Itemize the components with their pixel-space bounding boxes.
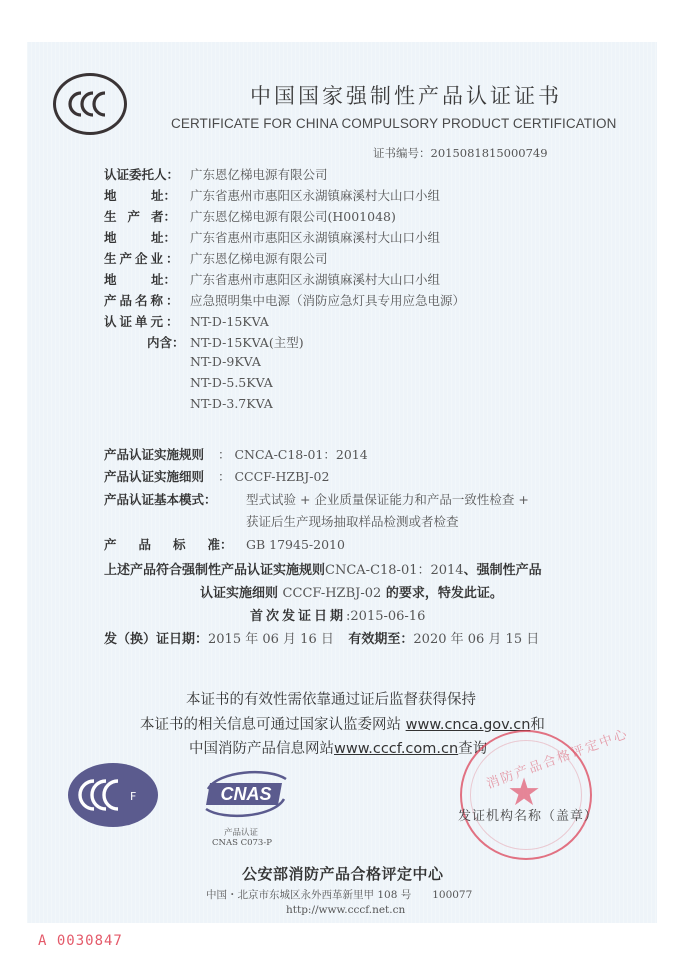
field-mode: 产品认证基本模式：型式试验 + 企业质量保证能力和产品一致性检查 +	[104, 490, 529, 508]
organization-address: 中国・北京市东城区永外西革新里甲 108 号 100077	[206, 887, 472, 902]
serial-number: A 0030847	[38, 933, 123, 949]
certificate-number: 证书编号：2015081815000749	[373, 145, 548, 161]
field-manufacturer-address: 地址：广东省惠州市惠阳区永湖镇麻溪村大山口小组	[104, 228, 440, 246]
field-label: 者：	[151, 207, 176, 225]
field-label: 准	[207, 535, 220, 553]
field-value: 广东恩亿梯电源有限公司	[190, 167, 328, 182]
field-mode-line2: 获证后生产现场抽取样品检测或者检查	[246, 512, 459, 530]
field-value: 型式试验 + 企业质量保证能力和产品一致性检查 +	[246, 492, 529, 507]
field-label: 产品认证基本模式：	[104, 490, 246, 508]
cnas-code: CNAS C073-P	[212, 838, 272, 848]
ccc-mark-icon	[67, 89, 113, 119]
field-label: 生	[104, 207, 117, 225]
field-label: 址：	[151, 228, 176, 246]
valid-until-label: 有效期至：	[348, 632, 413, 647]
cccf-logo-icon: F	[68, 763, 158, 827]
title-chinese: 中国国家强制性产品认证证书	[250, 80, 562, 110]
field-value: 广东恩亿梯电源有限公司(H001048)	[190, 209, 396, 224]
issue-date-label: 发（换）证日期：	[104, 632, 208, 647]
field-label: 地	[104, 270, 117, 288]
field-label: 认证委托人：	[104, 165, 190, 183]
field-value: GB 17945-2010	[246, 537, 345, 552]
field-value: ： CCCF-HZBJ-02	[218, 469, 329, 484]
field-applicant-address: 地址：广东省惠州市惠阳区永湖镇麻溪村大山口小组	[104, 186, 440, 204]
field-label: 生产企业：	[104, 249, 190, 267]
field-label: 地	[104, 186, 117, 204]
field-applicant: 认证委托人：广东恩亿梯电源有限公司	[104, 165, 328, 183]
field-label: 址：	[151, 270, 176, 288]
field-label: 标	[173, 535, 186, 553]
valid-until-date: 2020 年 06 月 15 日	[413, 632, 539, 647]
validity-note: 本证书的有效性需依靠通过证后监督获得保持	[186, 688, 476, 709]
cnas-logo-icon: CNAS	[198, 765, 294, 823]
field-value: 应急照明集中电源（消防应急灯具专用应急电源）	[190, 293, 465, 308]
field-label: 内含：	[147, 333, 190, 351]
info-note-line1: 本证书的相关信息可通过国家认监委网站 www.cnca.gov.cn和	[140, 713, 545, 734]
organization-website[interactable]: http://www.cccf.net.cn	[286, 904, 405, 916]
cnas-caption: 产品认证	[224, 826, 258, 838]
cccf-mark-icon: F	[78, 775, 148, 815]
field-label: 产	[104, 535, 117, 553]
field-value: ： CNCA-C18-01：2014	[218, 447, 368, 462]
field-value: 广东恩亿梯电源有限公司	[190, 251, 328, 266]
field-value: NT-D-15KVA	[190, 314, 269, 329]
svg-text:CNAS: CNAS	[220, 784, 271, 804]
issue-date: 2015 年 06 月 16 日	[208, 632, 334, 647]
field-standard: 产 品 标 准 ：GB 17945-2010	[104, 535, 345, 553]
field-manufacturer: 生产者：广东恩亿梯电源有限公司(H001048)	[104, 207, 396, 225]
field-value: 广东省惠州市惠阳区永湖镇麻溪村大山口小组	[190, 230, 440, 245]
model-item: NT-D-3.7KVA	[190, 396, 273, 411]
title-english: CERTIFICATE FOR CHINA COMPULSORY PRODUCT…	[171, 116, 616, 131]
model-item: NT-D-15KVA(主型)	[190, 335, 304, 350]
field-label: 址：	[151, 186, 176, 204]
model-item: NT-D-9KVA	[190, 354, 261, 369]
field-value: 广东省惠州市惠阳区永湖镇麻溪村大山口小组	[190, 188, 440, 203]
field-label: 品	[138, 535, 151, 553]
issuer-signature-label: 发证机构名称（盖章）	[458, 805, 598, 824]
field-factory: 生产企业：广东恩亿梯电源有限公司	[104, 249, 328, 267]
field-factory-address: 地址：广东省惠州市惠阳区永湖镇麻溪村大山口小组	[104, 270, 440, 288]
issue-validity-dates: 发（换）证日期：2015 年 06 月 16 日 有效期至：2020 年 06 …	[104, 628, 539, 647]
field-impl-rule: 产品认证实施规则： CNCA-C18-01：2014	[104, 445, 368, 463]
field-value: 广东省惠州市惠阳区永湖镇麻溪村大山口小组	[190, 272, 440, 287]
certificate-number-value: 2015081815000749	[431, 146, 548, 160]
issuing-organization: 公安部消防产品合格评定中心	[242, 863, 444, 884]
info-note-line2: 中国消防产品信息网站www.cccf.com.cn查询	[189, 737, 487, 758]
field-label: 产品名称：	[104, 291, 190, 309]
field-cert-unit: 认证单元：NT-D-15KVA	[104, 312, 269, 330]
field-label: 认证单元：	[104, 312, 190, 330]
compliance-statement-line1: 上述产品符合强制性产品认证实施规则CNCA-C18-01：2014、强制性产品	[104, 559, 542, 578]
field-contains: 内含：NT-D-15KVA(主型)	[147, 333, 304, 351]
compliance-statement-line2: 认证实施细则 CCCF-HZBJ-02 的要求，特发此证。	[200, 582, 503, 601]
field-label: 地	[104, 228, 117, 246]
ccc-logo-icon	[53, 73, 127, 135]
field-impl-detail: 产品认证实施细则： CCCF-HZBJ-02	[104, 467, 329, 485]
field-product-name: 产品名称：应急照明集中电源（消防应急灯具专用应急电源）	[104, 291, 465, 309]
field-label: 产	[127, 207, 140, 225]
field-label: 产品认证实施细则	[104, 467, 218, 485]
cccf-link[interactable]: www.cccf.com.cn	[334, 741, 458, 757]
first-issue-date: 首次发证日期:2015-06-16	[250, 605, 425, 624]
model-item: NT-D-5.5KVA	[190, 375, 273, 390]
field-label: 产品认证实施规则	[104, 445, 218, 463]
svg-text:F: F	[130, 790, 136, 803]
certificate-number-label: 证书编号：	[373, 146, 431, 160]
